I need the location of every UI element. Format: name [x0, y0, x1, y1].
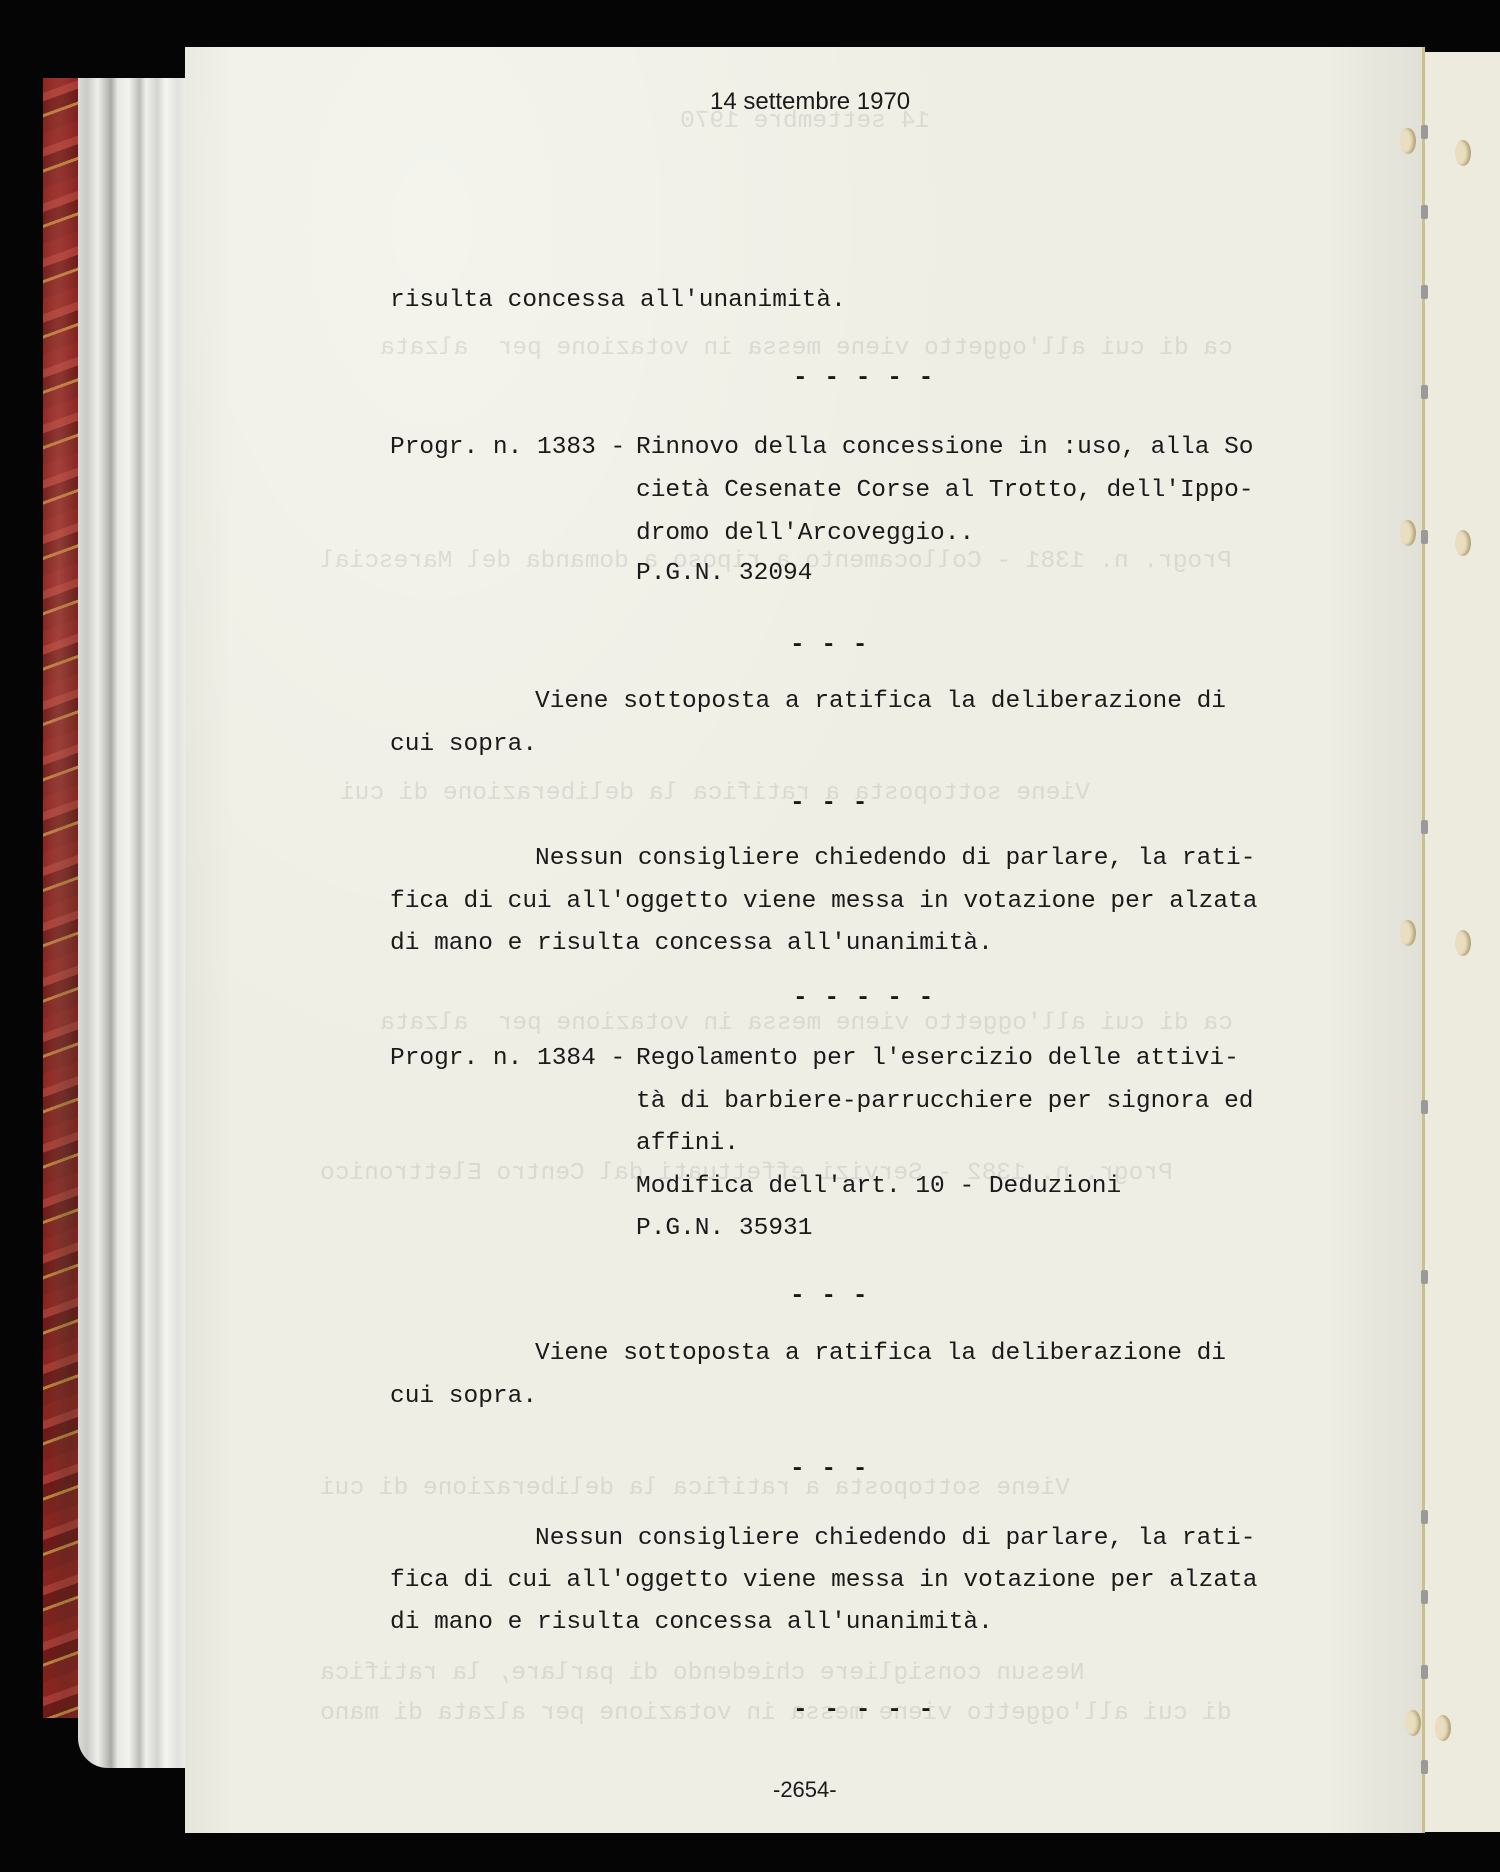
separator: - - - - -: [793, 985, 934, 1012]
item-title-line: tà di barbiere-parrucchiere per signora …: [636, 1090, 1254, 1115]
pin-hole: [1435, 1715, 1451, 1741]
vote-line: Nessun consigliere chiedendo di parlare,…: [535, 1527, 1255, 1552]
binding-stitch: [1421, 820, 1428, 834]
vote-line: fica di cui all'oggetto viene messa in v…: [390, 1569, 1257, 1594]
binding-stitch: [1421, 385, 1428, 399]
pin-hole: [1455, 140, 1471, 166]
vote-line: Nessun consigliere chiedendo di parlare,…: [535, 847, 1255, 872]
item-title-line: affini.: [636, 1132, 739, 1157]
item-pgn: P.G.N. 35931: [636, 1217, 812, 1242]
separator: - - -: [790, 1456, 869, 1483]
binding-stitch: [1421, 1760, 1428, 1774]
bleed-through-text: ca di cui all'oggetto viene messa in vot…: [380, 335, 1233, 362]
bleed-through-text: Nessun consigliere chiedendo di parlare,…: [320, 1660, 1085, 1687]
vote-line: fica di cui all'oggetto viene messa in v…: [390, 890, 1257, 915]
binding-stitch: [1421, 1665, 1428, 1679]
ratifica-line: cui sopra.: [390, 733, 537, 758]
binding-stitch: [1421, 285, 1428, 299]
item-label-1384: Progr. n. 1384 -: [390, 1047, 625, 1072]
ratifica-line: Viene sottoposta a ratifica la deliberaz…: [535, 1342, 1226, 1367]
item-title-line: dromo dell'Arcoveggio..: [636, 522, 974, 547]
binding-gutter: [1422, 47, 1425, 1833]
binding-stitch: [1421, 1590, 1428, 1604]
binding-stitch: [1421, 1510, 1428, 1524]
binding-stitch: [1421, 1270, 1428, 1284]
bleed-through-text: di cui all'oggetto viene messa in votazi…: [320, 1700, 1232, 1727]
item-subtitle: Modifica dell'art. 10 - Deduzioni: [636, 1175, 1121, 1200]
pin-hole: [1400, 520, 1416, 546]
item-pgn: P.G.N. 32094: [636, 562, 812, 587]
bleed-through-text: Viene sottoposta a ratifica la deliberaz…: [320, 1475, 1070, 1502]
item-title-line: Regolamento per l'esercizio delle attivi…: [636, 1047, 1239, 1072]
separator: - - -: [790, 1283, 869, 1310]
page-stack-edge: [78, 78, 188, 1768]
item-title-line: cietà Cesenate Corse al Trotto, dell'Ipp…: [636, 479, 1254, 504]
item-label-1383: Progr. n. 1383 -: [390, 436, 625, 461]
vote-line: di mano e risulta concessa all'unanimità…: [390, 932, 993, 957]
separator: - - - - -: [793, 1697, 934, 1724]
bleed-through-text: Viene sottoposta a ratifica la deliberaz…: [340, 780, 1090, 807]
page-date: 14 settembre 1970: [710, 90, 910, 114]
pin-hole: [1455, 530, 1471, 556]
opening-line: risulta concessa all'unanimità.: [390, 289, 846, 314]
vote-line: di mano e risulta concessa all'unanimità…: [390, 1611, 993, 1636]
binding-stitch: [1421, 530, 1428, 544]
page-number: -2654-: [773, 1779, 837, 1801]
binding-stitch: [1421, 125, 1428, 139]
separator: - - -: [790, 632, 869, 659]
separator: - - -: [790, 790, 869, 817]
binding-stitch: [1421, 205, 1428, 219]
ratifica-line: cui sopra.: [390, 1385, 537, 1410]
pin-hole: [1400, 128, 1416, 154]
pin-hole: [1455, 930, 1471, 956]
pin-hole: [1400, 920, 1416, 946]
bleed-through-text: ca di cui all'oggetto viene messa in vot…: [380, 1010, 1233, 1037]
binding-stitch: [1421, 1100, 1428, 1114]
ratifica-line: Viene sottoposta a ratifica la deliberaz…: [535, 690, 1226, 715]
pin-hole: [1405, 1710, 1421, 1736]
item-title-line: Rinnovo della concessione in :uso, alla …: [636, 436, 1254, 461]
separator: - - - - -: [793, 365, 934, 392]
